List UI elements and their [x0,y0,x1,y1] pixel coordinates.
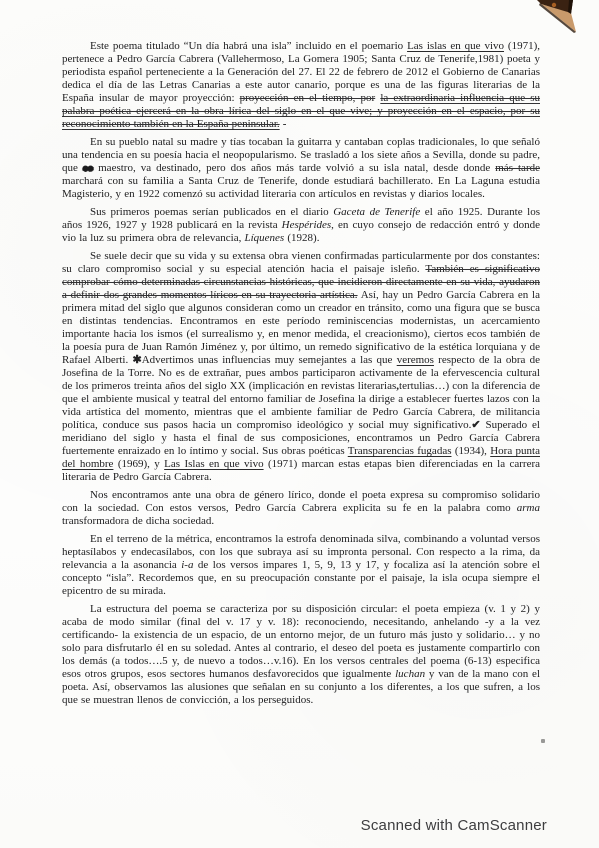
text-segment: Transparencias fugadas [348,445,452,457]
scan-speck [541,739,545,743]
text-segment: maestro, va destinado, pero dos años más… [93,162,495,174]
text-segment: Líquenes [244,232,284,244]
text-segment: más tarde [495,162,540,174]
paragraph: Este poema titulado “Un día habrá una is… [62,40,540,131]
text-segment: marchará con su familia a Santa Cruz de … [62,175,540,200]
text-segment: luchan [395,668,425,680]
paragraph: La estructura del poema se caracteriza p… [62,603,540,707]
handwritten-mark: ✱ [132,354,141,366]
paragraph: Nos encontramos ante una obra de género … [62,489,540,528]
text-segment: Las islas en que vivo [407,40,504,52]
text-segment: (1928). [284,232,319,244]
paragraph: En el terreno de la métrica, encontramos… [62,533,540,598]
handwritten-mark: - [280,118,287,130]
folded-corner-icon [521,0,583,38]
text-segment: es [83,162,93,174]
paragraph: Se suele decir que su vida y su extensa … [62,250,540,484]
document-body: Este poema titulado “Un día habrá una is… [62,40,540,712]
text-segment: arma [517,502,540,514]
text-segment: Sus primeros poemas serían publicados en… [90,206,333,218]
scanned-page: { "colors": { "paper": "#fcfcfa", "ink":… [0,0,599,848]
text-segment: Este poema titulado “Un día habrá una is… [90,40,407,52]
text-segment: Advertimos unas influencias muy semejant… [142,354,397,366]
text-segment: Nos encontramos ante una obra de género … [62,489,540,514]
camscanner-watermark: Scanned with CamScanner [361,817,547,834]
text-segment: (1969), y [113,458,164,470]
text-segment: (1934), [451,445,490,457]
paragraph: En su pueblo natal su madre y tías tocab… [62,136,540,201]
text-segment: proyección en el tiempo, por [240,92,376,104]
text-segment: veremos [397,354,434,366]
text-segment: Gaceta de Tenerife [333,206,420,218]
text-segment: Las Islas en que vivo [164,458,263,470]
paragraph: Sus primeros poemas serían publicados en… [62,206,540,245]
text-segment: i-a [181,559,193,571]
text-segment: transformadora de dicha sociedad. [62,515,214,527]
text-segment: Hespérides [282,219,332,231]
handwritten-mark: ✔ [471,419,480,431]
